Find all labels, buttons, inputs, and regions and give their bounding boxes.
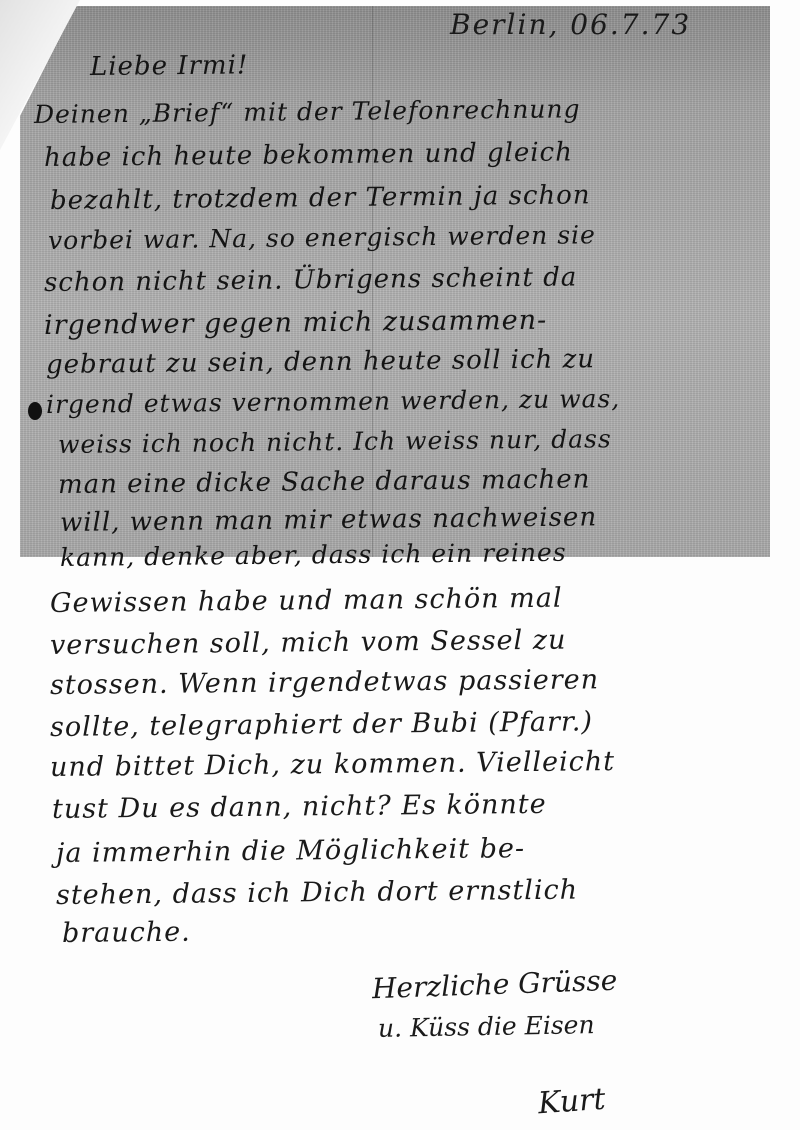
signature: Kurt [537, 1082, 607, 1122]
body-line: weiss ich noch nicht. Ich weiss nur, das… [58, 424, 612, 459]
body-line: stehen, dass ich Dich dort ernstlich [56, 875, 578, 911]
body-line: schon nicht sein. Übrigens scheint da [44, 262, 578, 298]
body-line: stossen. Wenn irgendetwas passieren [50, 664, 599, 701]
letter-date: Berlin, 06.7.73 [450, 8, 691, 41]
body-line: man eine dicke Sache daraus machen [58, 464, 591, 500]
body-line: Deinen „Brief“ mit der Telefonrechnung [34, 94, 581, 129]
body-line: kann, denke aber, dass ich ein reines [60, 538, 567, 572]
closing-line: u. Küss die Eisen [378, 1010, 595, 1043]
body-line: vorbei war. Na, so energisch werden sie [48, 220, 596, 255]
letter-page: Berlin, 06.7.73 Liebe Irmi! Deinen „Brie… [0, 0, 800, 1130]
punch-hole-mark [28, 402, 42, 420]
body-line: bezahlt, trotzdem der Termin ja schon [50, 180, 591, 216]
closing-line: Herzliche Grüsse [371, 964, 617, 1006]
body-line: brauche. [62, 917, 191, 949]
body-line: gebraut zu sein, denn heute soll ich zu [46, 344, 595, 380]
body-line: sollte, telegraphiert der Bubi (Pfarr.) [50, 706, 593, 743]
body-line: Gewissen habe und man schön mal [50, 583, 563, 619]
letter-salutation: Liebe Irmi! [90, 50, 249, 82]
body-line: versuchen soll, mich vom Sessel zu [50, 625, 567, 661]
body-line: und bittet Dich, zu kommen. Vielleicht [50, 746, 615, 783]
body-line: tust Du es dann, nicht? Es könnte [52, 789, 547, 825]
body-line: ja immerhin die Möglichkeit be- [56, 833, 525, 869]
body-line: irgendwer gegen mich zusammen- [44, 305, 547, 341]
body-line: habe ich heute bekommen und gleich [44, 137, 573, 173]
body-line: will, wenn man mir etwas nachweisen [60, 502, 597, 538]
body-line: irgend etwas vernommen werden, zu was, [46, 384, 621, 419]
